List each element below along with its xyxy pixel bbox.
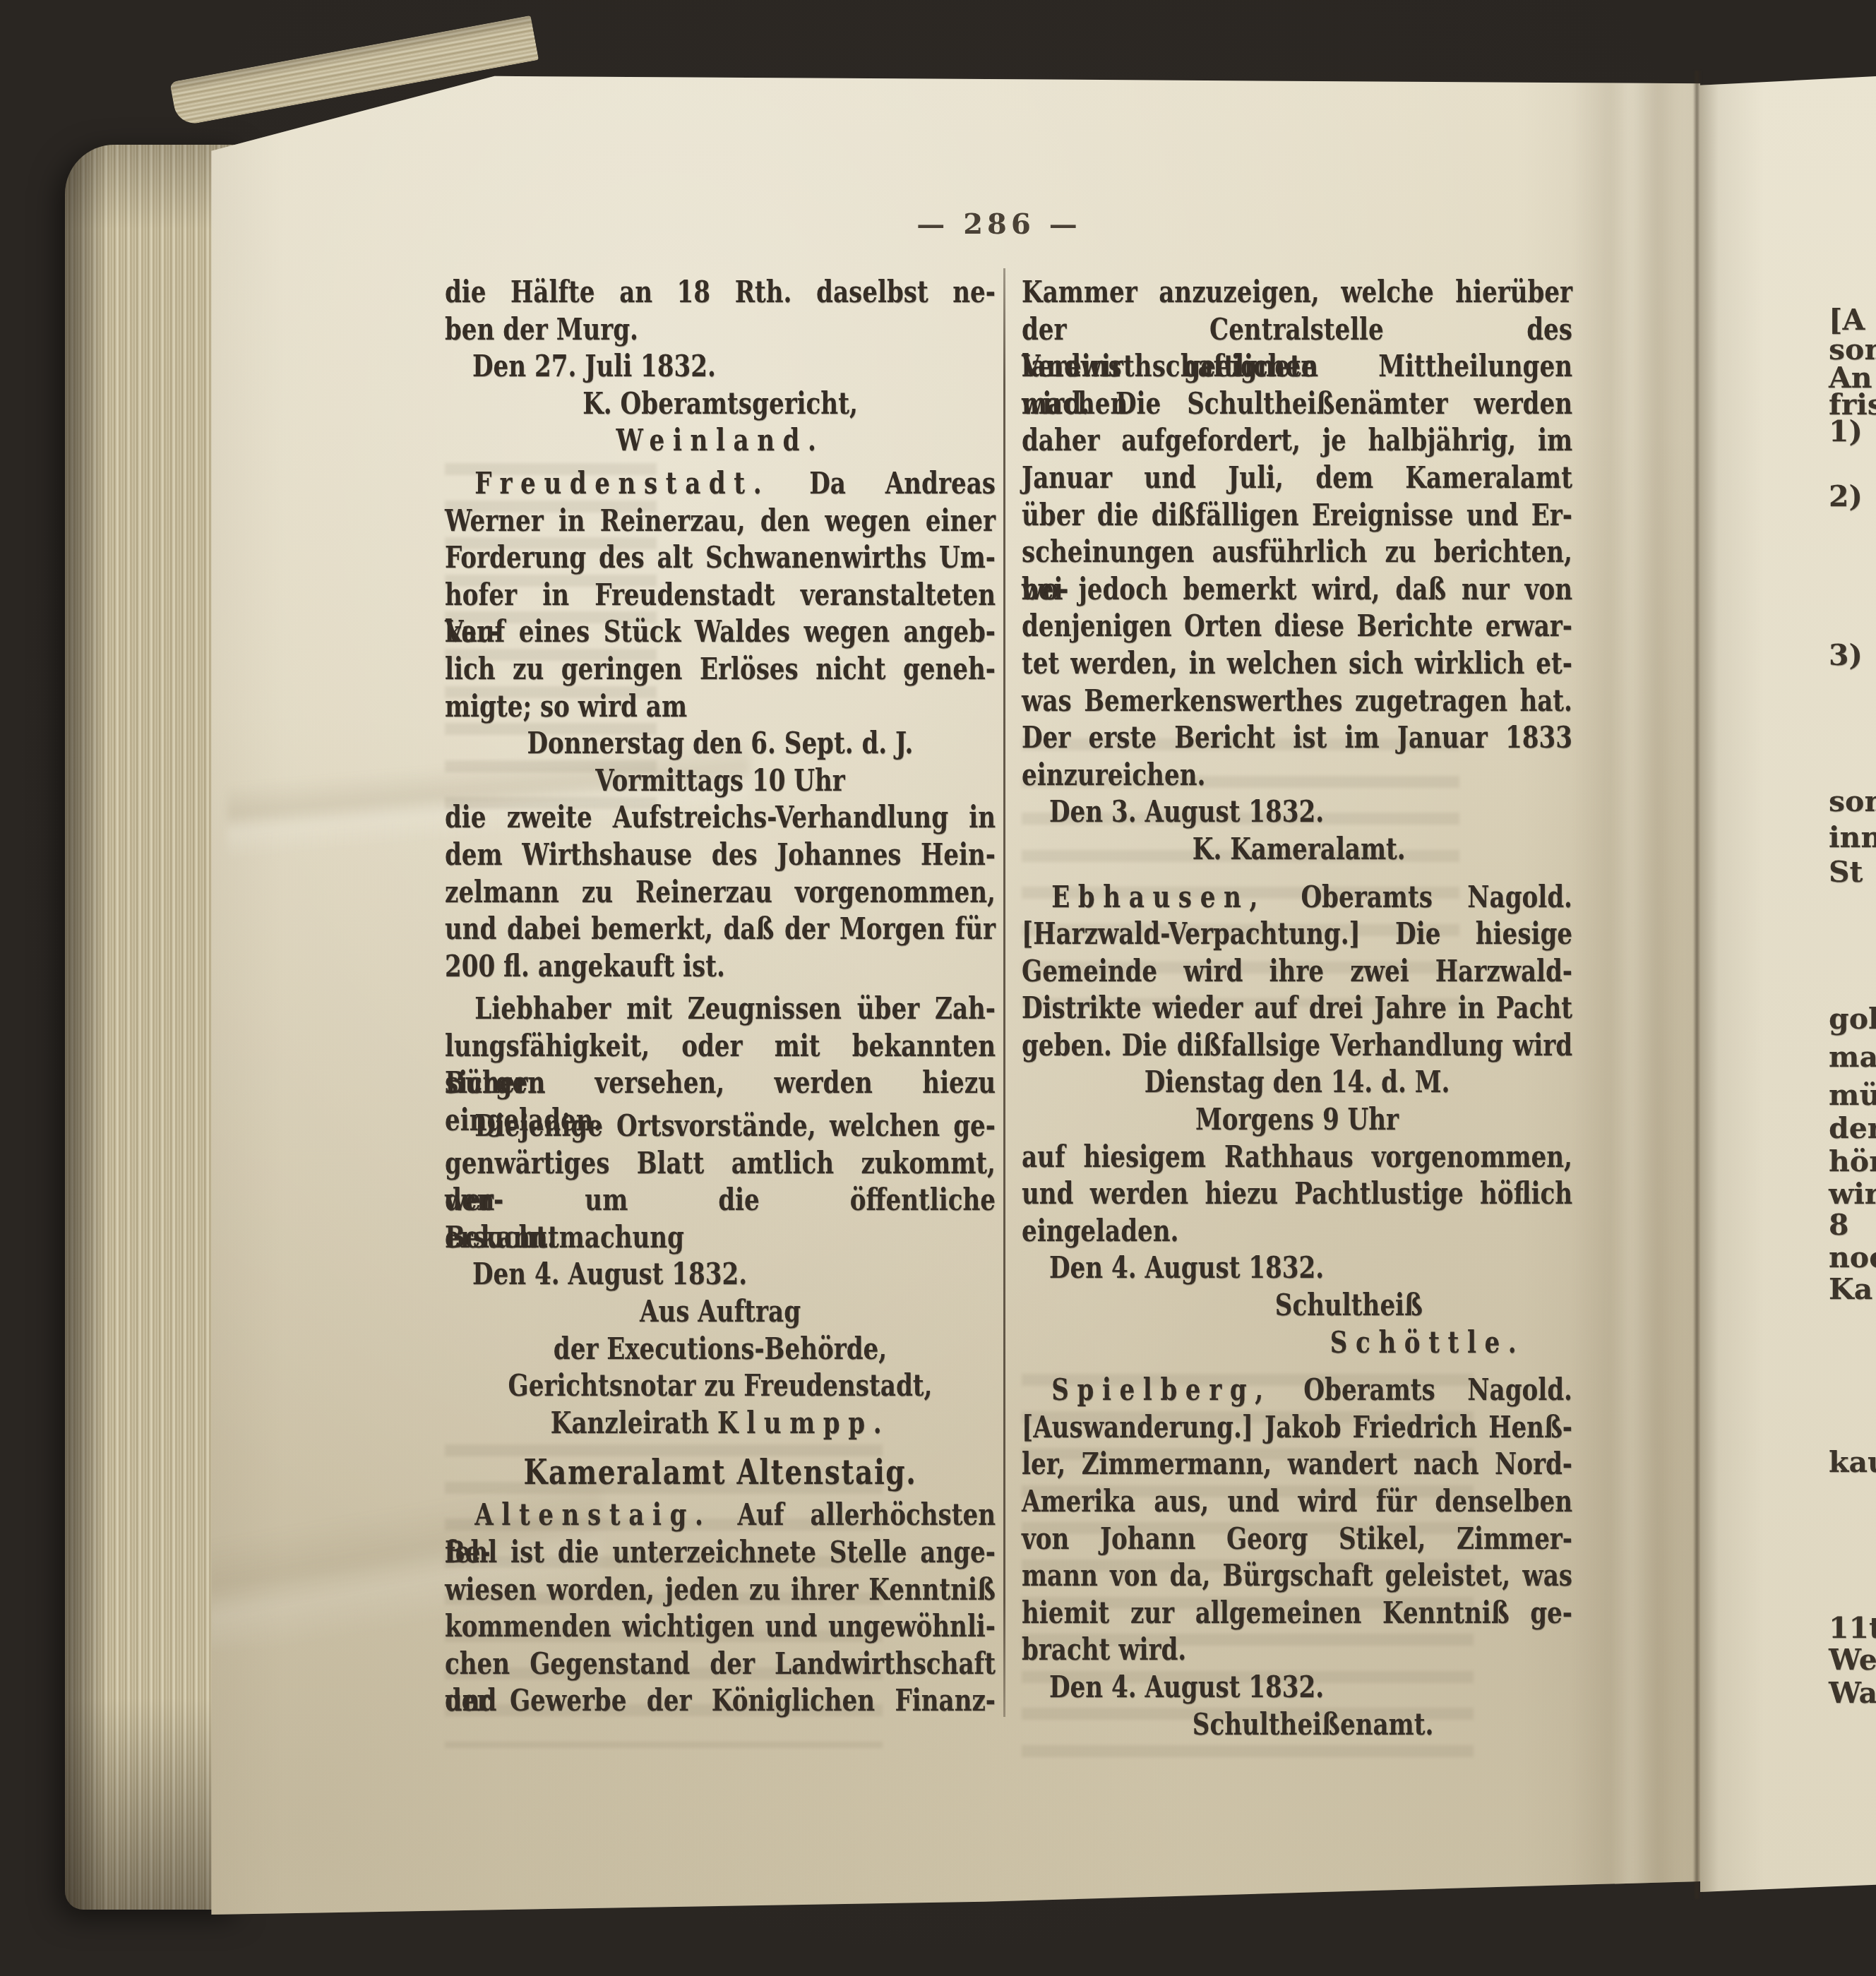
text-line: die Hälfte an 18 Rth. daselbst ne- bbox=[445, 274, 996, 311]
text-line: Den 4. August 1832. bbox=[1022, 1669, 1572, 1706]
next-page-text-fragment: noch bbox=[1829, 1241, 1876, 1274]
next-page-text-fragment: mü bbox=[1829, 1079, 1876, 1111]
text-line: Werner in Reinerzau, den wegen einer bbox=[445, 503, 996, 540]
paper-crease bbox=[1573, 68, 1679, 1915]
text-line: Kammer anzuzeigen, welche hierüber bbox=[1022, 274, 1572, 311]
text-line: K. Kameralamt. bbox=[1022, 831, 1572, 868]
text-line: Freudenstadt. Da Andreas bbox=[445, 465, 996, 503]
text-line: bracht wird. bbox=[1022, 1631, 1572, 1669]
next-page-text-fragment: son bbox=[1829, 785, 1876, 818]
next-page-text-fragment: Ka bbox=[1829, 1273, 1872, 1305]
text-line: Kanzleirath Klumpp. bbox=[445, 1405, 996, 1442]
text-line: und werden hiezu Pachtlustige höflich bbox=[1022, 1175, 1572, 1213]
next-page-text-fragment: höri bbox=[1829, 1145, 1876, 1178]
next-page-text-fragment: We bbox=[1829, 1643, 1876, 1676]
text-line: Aus Auftrag bbox=[445, 1293, 996, 1331]
text-line: 200 fl. angekauft ist. bbox=[445, 948, 996, 986]
text-line: zelmann zu Reinerzau vorgenommen, bbox=[445, 874, 996, 911]
text-line: lungsfähigkeit, oder mit bekannten siche… bbox=[445, 1028, 996, 1065]
text-line: ler, Zimmermann, wandert nach Nord- bbox=[1022, 1446, 1572, 1483]
text-line: Schöttle. bbox=[1022, 1324, 1572, 1362]
text-line: lich zu geringen Erlöses nicht geneh- bbox=[445, 651, 996, 688]
text-line: tet werden, in welchen sich wirklich et- bbox=[1022, 645, 1572, 683]
text-line: Distrikte wieder auf drei Jahre in Pacht bbox=[1022, 990, 1572, 1027]
text-line: chen Gegenstand der Landwirthschaft und bbox=[445, 1646, 996, 1683]
facing-page: [AsonAnfris1)2)3)soninnStgoldmalmüderhör… bbox=[1700, 76, 1876, 1892]
text-line: denjenigen Orten diese Berichte erwar- bbox=[1022, 608, 1572, 645]
text-line: Gemeinde wird ihre zwei Harzwald- bbox=[1022, 953, 1572, 990]
text-line: wird. Die Schultheißenämter werden bbox=[1022, 385, 1572, 423]
text-line: Spielberg, Oberamts Nagold. bbox=[1022, 1372, 1572, 1409]
text-line: Den 27. Juli 1832. bbox=[445, 348, 996, 385]
left-page: — 286 — die Hälfte an 18 Rth. daselbst n… bbox=[178, 68, 1700, 1915]
letterspaced-word: Schöttle. bbox=[1330, 1325, 1525, 1360]
next-page-text-fragment: gold bbox=[1829, 1002, 1876, 1035]
text-line: Morgens 9 Uhr bbox=[1022, 1101, 1572, 1139]
next-page-text-fragment: mal bbox=[1829, 1041, 1876, 1073]
text-line: Januar und Juli, dem Kameralamt bbox=[1022, 460, 1572, 497]
text-line: Diejenige Ortsvorstände, welchen ge- bbox=[445, 1108, 996, 1145]
text-line: wiesen worden, jeden zu ihrer Kenntniß bbox=[445, 1571, 996, 1609]
text-line: Kameralamt Altenstaig. bbox=[445, 1451, 996, 1494]
next-page-text-fragment: der bbox=[1829, 1112, 1876, 1144]
text-line: [Auswanderung.] Jakob Friedrich Henß- bbox=[1022, 1409, 1572, 1447]
text-line: der Executions-Behörde, bbox=[445, 1331, 996, 1368]
text-line: geben. Die dißfallsige Verhandlung wird bbox=[1022, 1027, 1572, 1065]
text-line: von Johann Georg Stikel, Zimmer- bbox=[1022, 1521, 1572, 1558]
next-page-text-fragment: St bbox=[1829, 856, 1863, 888]
scan-photo: { "document": { "kind": "scanned book pa… bbox=[0, 0, 1876, 1976]
text-line: der Centralstelle des landwirthschaftlic… bbox=[1022, 311, 1572, 349]
text-line: auf hiesigem Rathhaus vorgenommen, bbox=[1022, 1139, 1572, 1176]
text-line: fehl ist die unterzeichnete Stelle ange- bbox=[445, 1534, 996, 1571]
text-line: Forderung des alt Schwanenwirths Um- bbox=[445, 539, 996, 577]
letterspaced-word: Spielberg, bbox=[1051, 1372, 1271, 1407]
text-line: mann von da, Bürgschaft geleistet, was bbox=[1022, 1557, 1572, 1595]
text-line: und dabei bemerkt, daß der Morgen für bbox=[445, 911, 996, 948]
next-page-text-fragment: kauf bbox=[1829, 1446, 1876, 1478]
text-line: Schultheißenamt. bbox=[1022, 1706, 1572, 1744]
left-column: die Hälfte an 18 Rth. daselbst ne-ben de… bbox=[445, 274, 1004, 1720]
text-line: die zweite Aufstreichs-Verhandlung in bbox=[445, 799, 996, 837]
text-line: Gerichtsnotar zu Freudenstadt, bbox=[445, 1367, 996, 1405]
text-line: migte; so wird am bbox=[445, 688, 996, 726]
letterspaced-word: Weinland. bbox=[616, 423, 824, 457]
text-line: über die dißfälligen Ereignisse und Er- bbox=[1022, 497, 1572, 534]
text-line: der Gewerbe der Königlichen Finanz- bbox=[445, 1682, 996, 1720]
next-page-text-fragment: 11t bbox=[1829, 1612, 1876, 1644]
page-number: — 286 — bbox=[893, 208, 1105, 241]
text-line: Dienstag den 14. d. M. bbox=[1022, 1064, 1572, 1101]
text-line: eingeladen. bbox=[1022, 1213, 1572, 1250]
right-column: Kammer anzuzeigen, welche hierüberder Ce… bbox=[1022, 274, 1581, 1743]
text-line: Weinland. bbox=[445, 422, 996, 460]
next-page-text-fragment: 2) bbox=[1829, 480, 1863, 513]
next-page-text-fragment: Wa bbox=[1829, 1677, 1876, 1709]
text-line: einzureichen. bbox=[1022, 757, 1572, 794]
text-line: genwärtiges Blatt amtlich zukommt, wer- bbox=[445, 1145, 996, 1182]
letterspaced-word: Altenstaig. bbox=[474, 1497, 711, 1532]
text-line: den um die öffentliche Bekanntmachung bbox=[445, 1182, 996, 1219]
text-line: Vormittags 10 Uhr bbox=[445, 762, 996, 800]
text-line: ersucht. bbox=[445, 1219, 996, 1257]
text-line: hiemit zur allgemeinen Kenntniß ge- bbox=[1022, 1595, 1572, 1632]
text-line: Ebhausen, Oberamts Nagold. bbox=[1022, 879, 1572, 916]
right-column-lines: Kammer anzuzeigen, welche hierüberder Ce… bbox=[1022, 274, 1572, 1743]
text-line: kommenden wichtigen und ungewöhnli- bbox=[445, 1608, 996, 1646]
next-page-text-fragment: 1) bbox=[1829, 415, 1863, 448]
text-line: Altenstaig. Auf allerhöchsten Be- bbox=[445, 1497, 996, 1534]
text-line: Den 4. August 1832. bbox=[445, 1256, 996, 1293]
text-line: hofer in Freudenstadt veranstalteten Ver… bbox=[445, 577, 996, 614]
text-line: Vereins geeignete Mittheilungen machen bbox=[1022, 348, 1572, 385]
letterspaced-word: Klumpp. bbox=[717, 1406, 890, 1440]
text-line: Donnerstag den 6. Sept. d. J. bbox=[445, 725, 996, 762]
text-line: Den 4. August 1832. bbox=[1022, 1250, 1572, 1287]
text-line: Liebhaber mit Zeugnissen über Zah- bbox=[445, 990, 996, 1028]
text-line: Der erste Bericht ist im Januar 1833 bbox=[1022, 719, 1572, 757]
next-page-text-fragment: wirk bbox=[1829, 1178, 1876, 1210]
text-line: Amerika aus, und wird für denselben bbox=[1022, 1483, 1572, 1521]
next-page-text-fragment: 8 bbox=[1829, 1209, 1849, 1241]
text-line: Schultheiß bbox=[1022, 1287, 1572, 1324]
letterspaced-word: Freudenstadt. bbox=[474, 466, 770, 501]
text-line: Den 3. August 1832. bbox=[1022, 794, 1572, 831]
text-line: Bürgen versehen, werden hiezu eingeladen… bbox=[445, 1065, 996, 1102]
next-page-text-fragment: 3) bbox=[1829, 639, 1863, 671]
next-page-text-fragment: [A bbox=[1829, 304, 1865, 336]
next-page-text-fragment: inn bbox=[1829, 821, 1876, 854]
text-line: daher aufgefordert, je halbjährig, im bbox=[1022, 422, 1572, 460]
text-line: bei jedoch bemerkt wird, daß nur von bbox=[1022, 571, 1572, 609]
text-line: kauf eines Stück Waldes wegen angeb- bbox=[445, 613, 996, 651]
text-line: was Bemerkenswerthes zugetragen hat. bbox=[1022, 683, 1572, 720]
text-line: [Harzwald-Verpachtung.] Die hiesige bbox=[1022, 916, 1572, 953]
text-line: dem Wirthshause des Johannes Hein- bbox=[445, 837, 996, 874]
left-column-lines: die Hälfte an 18 Rth. daselbst ne-ben de… bbox=[445, 274, 996, 1720]
letterspaced-word: Ebhausen, bbox=[1051, 880, 1266, 914]
text-line: K. Oberamtsgericht, bbox=[445, 385, 996, 423]
text-line: scheinungen ausführlich zu berichten, wo… bbox=[1022, 534, 1572, 571]
text-line: ben der Murg. bbox=[445, 311, 996, 349]
